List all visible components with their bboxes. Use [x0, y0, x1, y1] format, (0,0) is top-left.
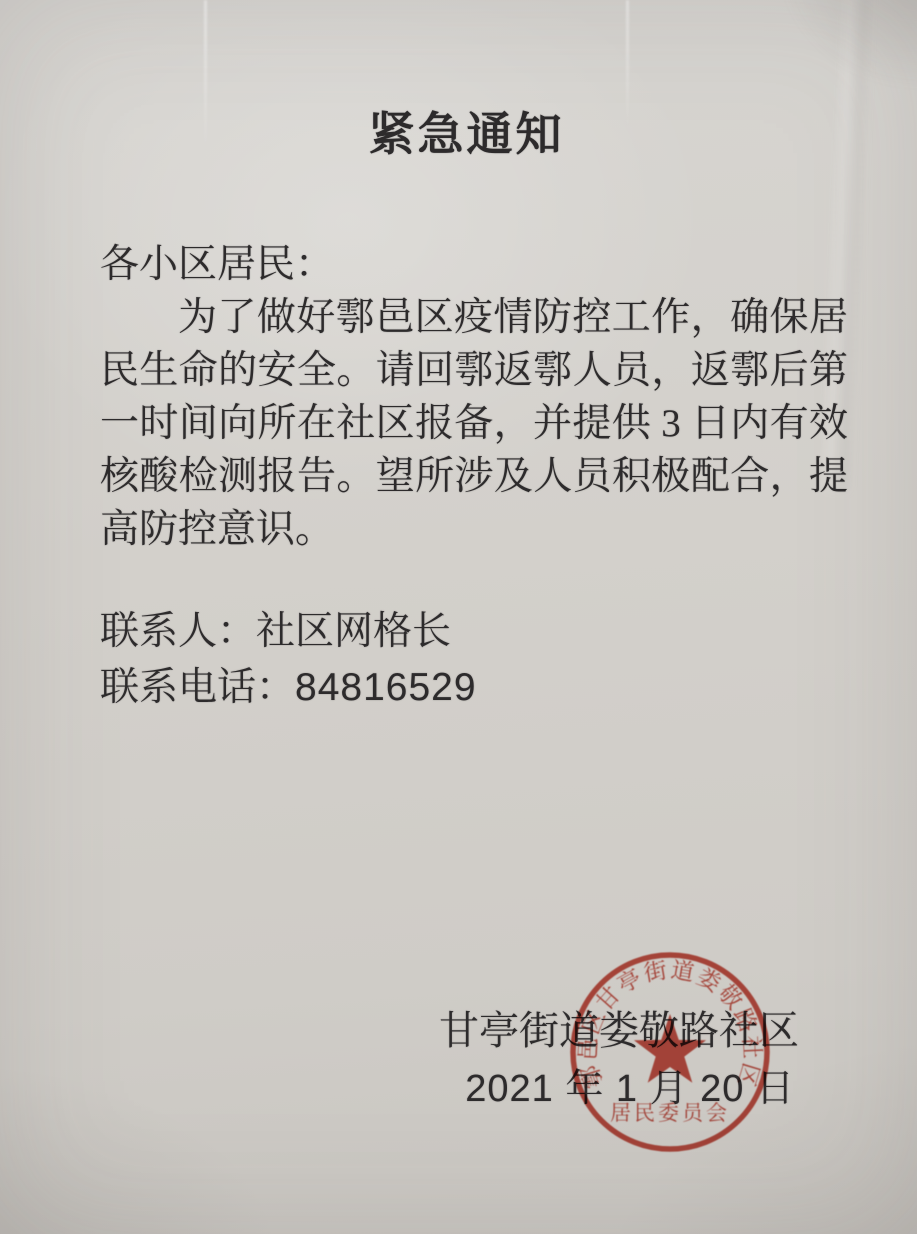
contact-phone-label: 联系电话：	[100, 666, 295, 709]
body-line: 核酸检测报告。望所涉及人员积极配合，提	[100, 450, 848, 503]
body-line: 一时间向所在社区报备，并提供 3 日内有效	[100, 397, 848, 450]
signature-date: 2021 年 1 月 20 日	[439, 1060, 799, 1118]
document-photo: 紧急通知 各小区居民： 为了做好鄠邑区疫情防控工作，确保居 民生命的安全。请回鄠…	[0, 0, 917, 1234]
body-line: 为了做好鄠邑区疫情防控工作，确保居	[100, 291, 848, 344]
contact-person-label: 联系人：	[100, 610, 256, 653]
paper-corner-shadow	[777, 0, 917, 90]
notice-body: 各小区居民： 为了做好鄠邑区疫情防控工作，确保居 民生命的安全。请回鄠返鄠人员，…	[100, 238, 848, 556]
contact-info: 联系人：社区网格长 联系电话：84816529	[100, 604, 477, 716]
notice-title: 紧急通知	[0, 98, 917, 164]
signature-block: 甘亭街道娄敬路社区 2021 年 1 月 20 日	[439, 1002, 799, 1118]
body-line: 民生命的安全。请回鄠返鄠人员，返鄠后第	[100, 344, 848, 397]
contact-phone-value: 84816529	[295, 666, 477, 709]
salutation: 各小区居民：	[100, 238, 848, 291]
contact-person-line: 联系人：社区网格长	[100, 604, 477, 660]
body-line: 高防控意识。	[100, 503, 848, 556]
signature-org: 甘亭街道娄敬路社区	[439, 1002, 799, 1060]
contact-person-value: 社区网格长	[256, 610, 451, 653]
contact-phone-line: 联系电话：84816529	[100, 660, 477, 716]
